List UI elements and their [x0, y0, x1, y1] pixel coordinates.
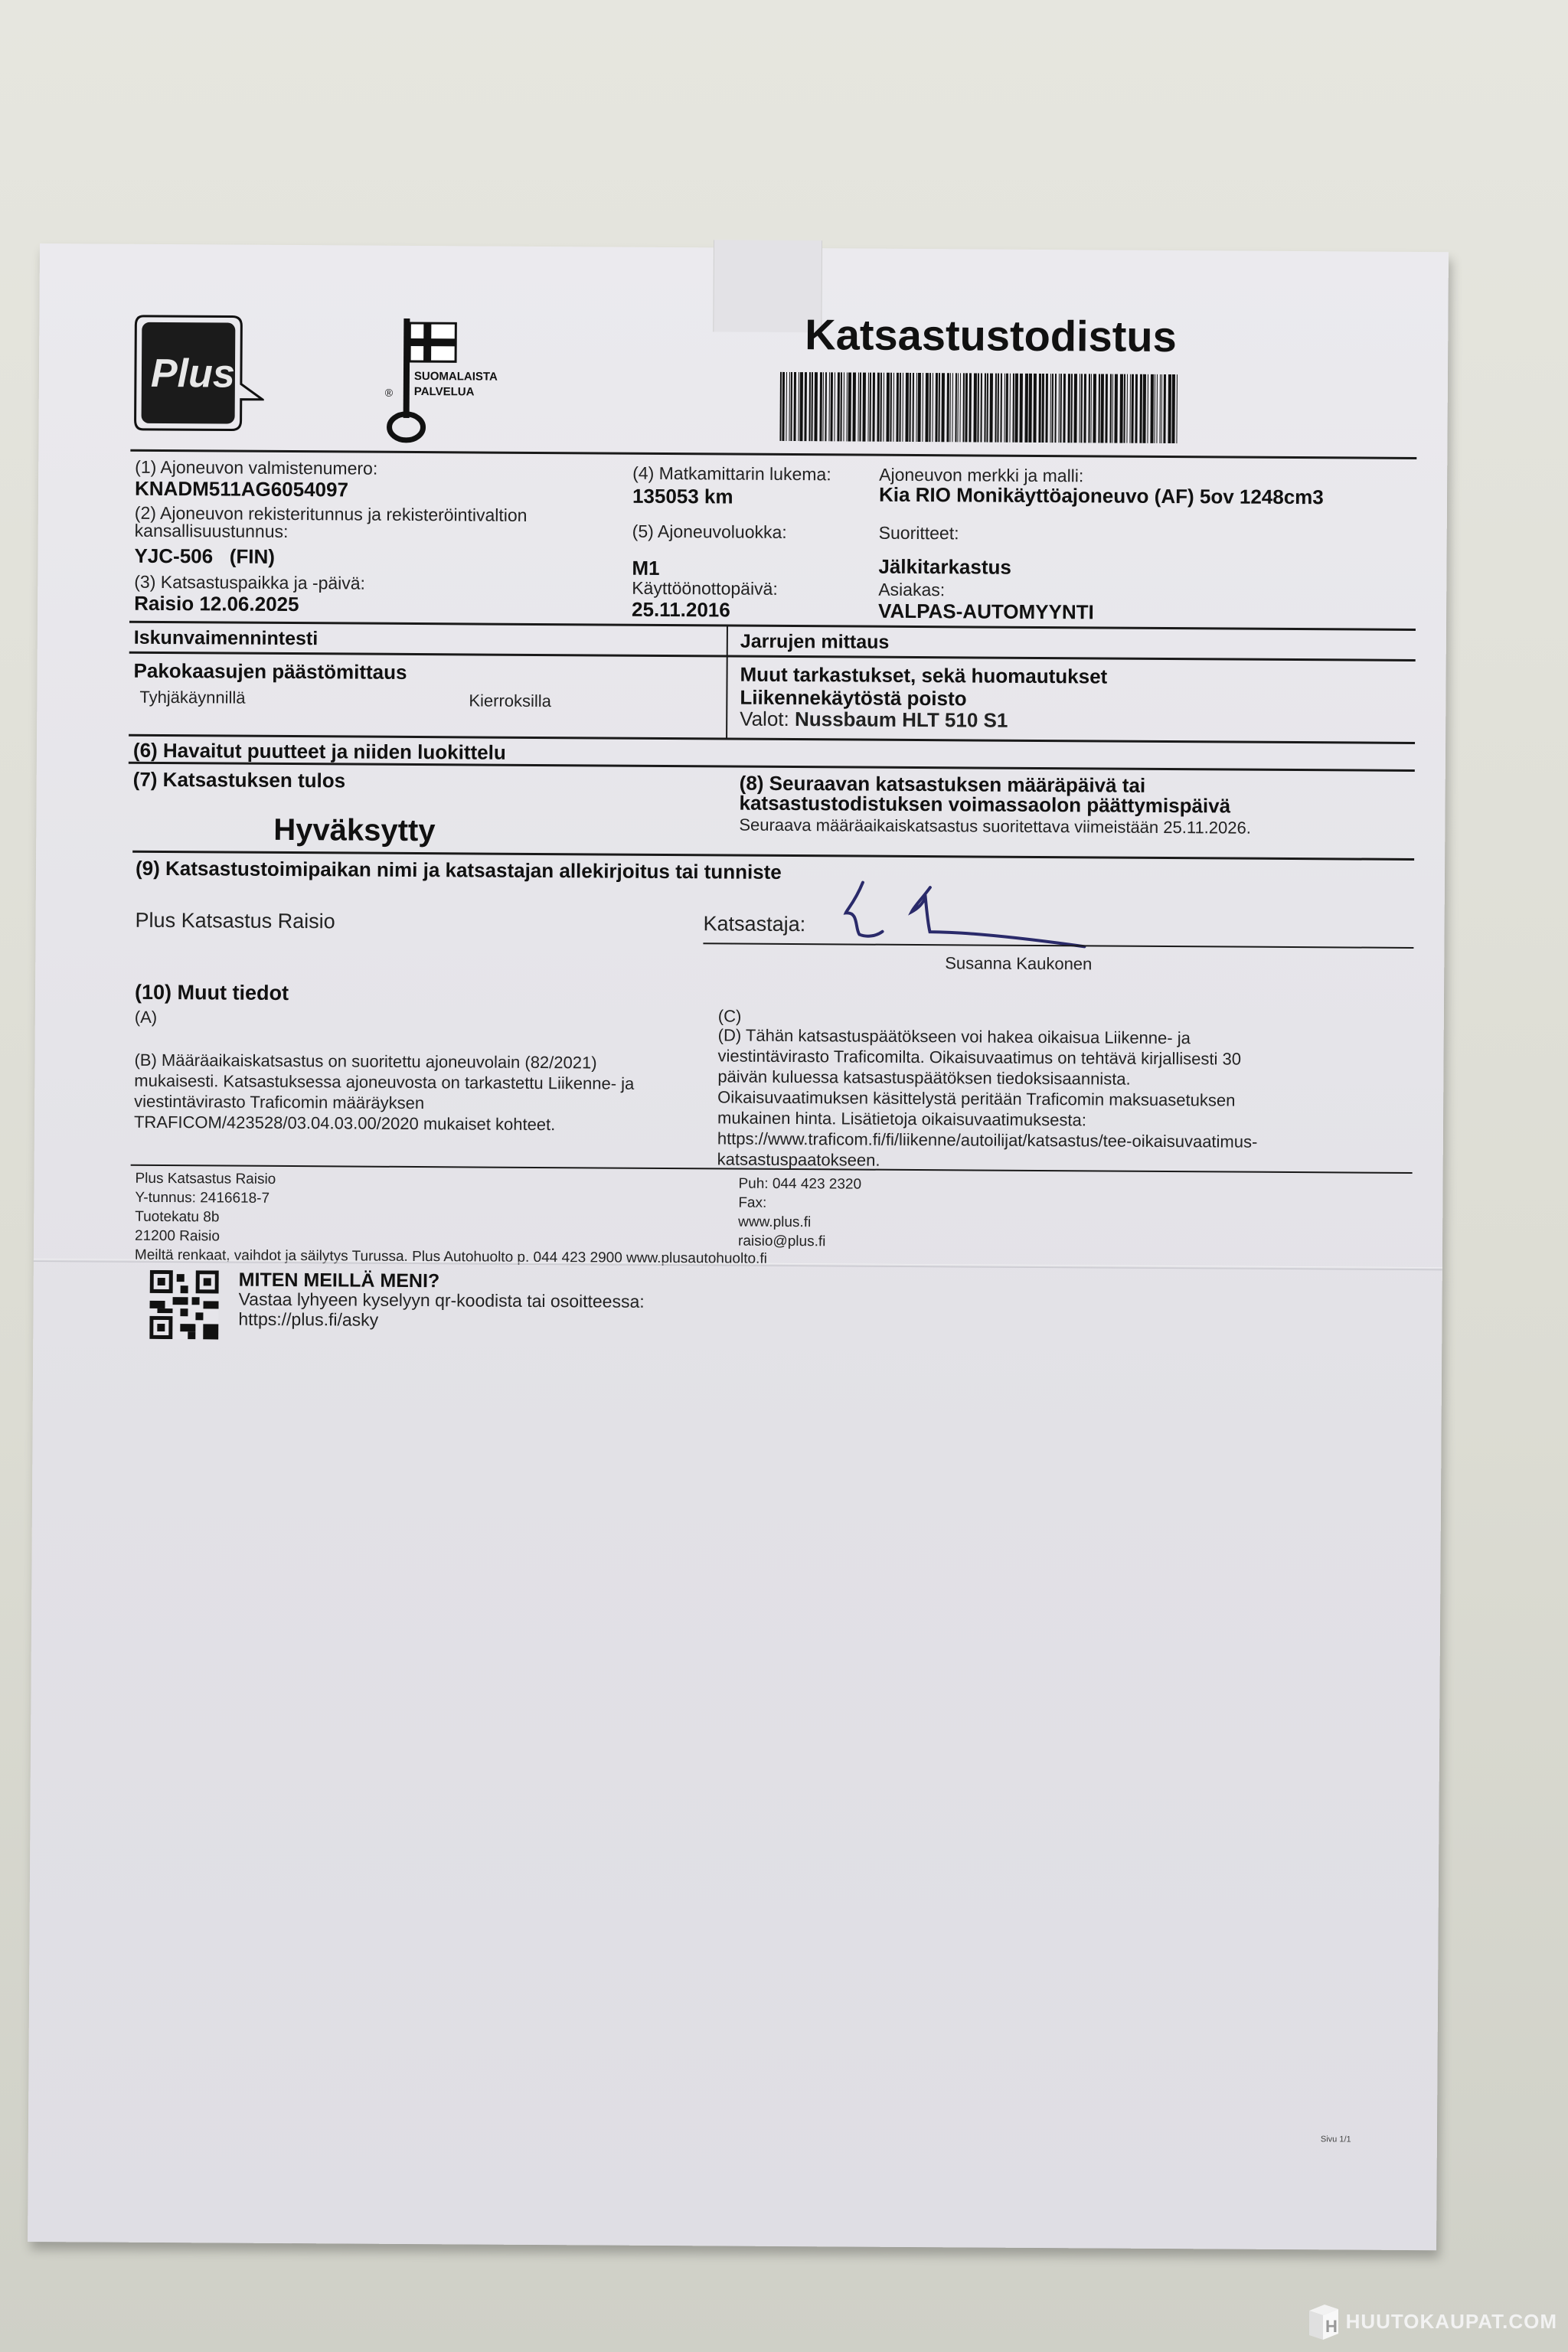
vehicle-class-value: M1 — [632, 557, 659, 580]
result-value: Hyväksytty — [273, 813, 436, 848]
inspector-label: Katsastaja: — [703, 912, 805, 936]
vin-value: KNADM511AG6054097 — [135, 477, 348, 502]
first-use-label: Käyttöönottopäivä: — [632, 578, 778, 599]
vin-label: (1) Ajoneuvon valmistenumero: — [135, 457, 377, 479]
other-info-d-line: mukainen hinta. Lisätietoja oikaisuvaati… — [717, 1107, 1258, 1131]
registration-label: (2) Ajoneuvon rekisteritunnus ja rekiste… — [135, 505, 609, 543]
inspection-certificate-paper: Plus SUOMALAISTA PALVELUA ® Katsastustod… — [28, 243, 1449, 2250]
footer-address: Plus Katsastus Raisio Y-tunnus: 2416618-… — [135, 1169, 768, 1269]
svg-text:SUOMALAISTA: SUOMALAISTA — [414, 370, 498, 384]
result-title: (7) Katsastuksen tulos — [133, 768, 346, 793]
svg-text:®: ® — [385, 387, 394, 399]
svg-text:PALVELUA: PALVELUA — [414, 385, 475, 398]
signature-title: (9) Katsastustoimipaikan nimi ja katsast… — [136, 857, 782, 884]
registration-value: YJC-506 (FIN) — [134, 544, 275, 569]
next-inspection-text: Seuraava määräaikaiskatsastus suoritetta… — [739, 815, 1251, 838]
rpm-label: Kierroksilla — [469, 690, 551, 711]
other-info-b: (B) Määräaikaiskatsastus on suoritettu a… — [134, 1050, 635, 1135]
lights-row: Valot: Nussbaum HLT 510 S1 — [740, 707, 1008, 733]
station-name: Plus Katsastus Raisio — [136, 909, 335, 934]
defects-title: (6) Havaitut puutteet ja niiden luokitte… — [133, 739, 506, 765]
watermark: H HUUTOKAUPAT.COM — [1306, 2301, 1557, 2341]
svg-text:H: H — [1325, 2317, 1338, 2336]
vehicle-class-label: (5) Ajoneuvoluokka: — [632, 521, 787, 543]
services-label: Suoritteet: — [879, 523, 959, 544]
page-number: Sivu 1/1 — [1321, 2135, 1351, 2144]
qr-code-icon[interactable] — [149, 1270, 219, 1340]
odometer-label: (4) Matkamittarin lukema: — [632, 463, 831, 485]
place-date-value: Raisio 12.06.2025 — [134, 592, 299, 616]
other-info-a: (A) — [135, 1007, 157, 1027]
footer-business-id: Y-tunnus: 2416618-7 — [135, 1188, 767, 1211]
other-info-d-line: viestintävirasto Traficomilta. Oikaisuva… — [717, 1045, 1258, 1069]
barcode — [779, 372, 1217, 443]
next-inspection-title: (8) Seuraavan katsastuksen määräpäivä ta… — [739, 773, 1230, 816]
lights-value: Nussbaum HLT 510 S1 — [795, 707, 1008, 732]
other-info-d: (D) Tähän katsastuspäätökseen voi hakea … — [717, 1024, 1259, 1172]
other-info-c: (C) — [718, 1005, 742, 1026]
footer-phone: Puh: 044 423 2320 — [738, 1174, 861, 1194]
other-info-d-line: https://www.traficom.fi/fi/liikenne/auto… — [717, 1128, 1258, 1151]
watermark-text: HUUTOKAUPAT.COM — [1346, 2310, 1557, 2334]
shock-absorber-test: Iskunvaimennintesti — [134, 627, 318, 650]
other-info-b-line: TRAFICOM/423528/03.04.03.00/2020 mukaise… — [134, 1112, 634, 1135]
plus-logo: Plus — [134, 313, 250, 429]
inspector-name: Susanna Kaukonen — [945, 953, 1092, 974]
first-use-value: 25.11.2016 — [632, 598, 730, 622]
services-value: Jälkitarkastus — [878, 555, 1011, 580]
emissions-title: Pakokaasujen päästömittaus — [133, 659, 407, 684]
other-info-d-line: päivän kuluessa katsastuspäätöksen tiedo… — [717, 1066, 1258, 1089]
other-info-b-line: viestintävirasto Traficomin määräyksen — [134, 1091, 634, 1115]
place-date-label: (3) Katsastuspaikka ja -päivä: — [134, 572, 365, 594]
other-checks-title: Muut tarkastukset, sekä huomautukset — [740, 663, 1107, 689]
finnish-service-key-logo: SUOMALAISTA PALVELUA ® — [375, 318, 506, 449]
inspector-signature — [831, 874, 1200, 953]
document-title: Katsastustodistus — [805, 309, 1177, 361]
customer-label: Asiakas: — [878, 580, 945, 601]
idle-label: Tyhjäkäynnillä — [139, 687, 245, 708]
brake-test: Jarrujen mittaus — [740, 631, 890, 654]
box-logo-icon: H — [1306, 2301, 1341, 2341]
lights-label: Valot: — [740, 707, 795, 730]
other-info-d-line: (D) Tähän katsastuspäätökseen voi hakea … — [718, 1024, 1259, 1048]
make-model-value: Kia RIO Monikäyttöajoneuvo (AF) 5ov 1248… — [879, 483, 1324, 510]
footer-web-link[interactable]: www.plus.fi — [738, 1213, 861, 1233]
other-info-b-line: mukaisesti. Katsastuksessa ajoneuvosta o… — [134, 1070, 634, 1094]
survey-link[interactable]: https://plus.fi/asky — [238, 1309, 378, 1331]
customer-value: VALPAS-AUTOMYYNTI — [878, 599, 1094, 625]
footer-contact: Puh: 044 423 2320 Fax: www.plus.fi raisi… — [738, 1174, 861, 1252]
next-inspection-title-line2: katsastustodistuksen voimassaolon päätty… — [739, 793, 1230, 816]
odometer-value: 135053 km — [632, 485, 733, 509]
footer-fax: Fax: — [738, 1194, 861, 1214]
svg-text:Plus: Plus — [151, 351, 235, 397]
divider — [129, 621, 1416, 631]
column-divider — [726, 626, 728, 739]
footer-email-link[interactable]: raisio@plus.fi — [738, 1232, 861, 1252]
other-info-b-line: (B) Määräaikaiskatsastus on suoritettu a… — [134, 1050, 634, 1073]
other-info-title: (10) Muut tiedot — [135, 981, 289, 1005]
other-info-d-line: Oikaisuvaatimuksen käsittelystä peritään… — [717, 1086, 1258, 1110]
